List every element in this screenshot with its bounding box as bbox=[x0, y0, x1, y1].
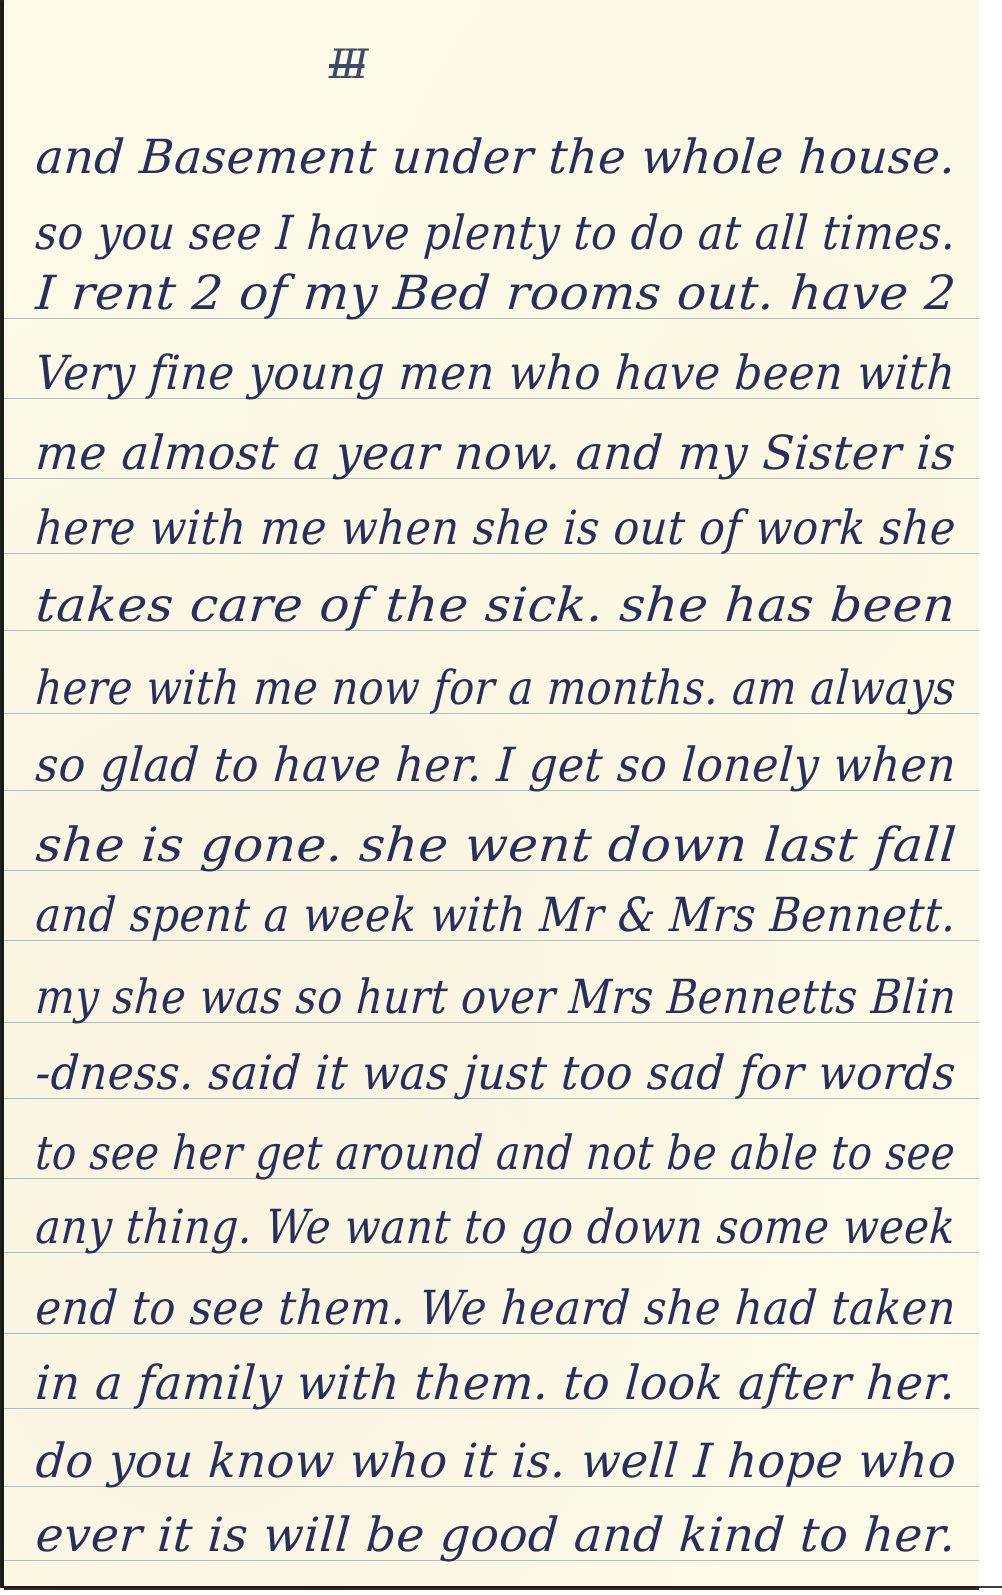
letter-line: she is gone. she went down last fall bbox=[34, 818, 959, 873]
letter-line: any thing. We want to go down some week bbox=[34, 1200, 957, 1255]
letter-line: my she was so hurt over Mrs Bennetts Bli… bbox=[34, 970, 958, 1025]
letter-line: end to see them. We heard she had taken bbox=[34, 1281, 958, 1336]
letter-line: so you see I have plenty to do at all ti… bbox=[34, 206, 957, 261]
letter-line: here with me when she is out of work she bbox=[34, 501, 958, 556]
letter-line: and Basement under the whole house. bbox=[34, 130, 958, 185]
letter-line: here with me now for a months. am always bbox=[34, 661, 957, 716]
page-number: III bbox=[329, 42, 364, 88]
letter-line: Very fine young men who have been with bbox=[34, 346, 957, 401]
letter-line: ever it is will be good and kind to her. bbox=[34, 1508, 958, 1563]
letter-line: -dness. said it was just too sad for wor… bbox=[34, 1046, 957, 1101]
letter-line: so glad to have her. I get so lonely whe… bbox=[34, 738, 958, 793]
scan-bottom-edge bbox=[0, 1586, 1002, 1595]
letter-page: III and Basement under the whole house. … bbox=[4, 0, 979, 1586]
letter-line: me almost a year now. and my Sister is bbox=[34, 426, 957, 481]
letter-line: do you know who it is. well I hope who bbox=[34, 1434, 958, 1489]
letter-line: in a family with them. to look after her… bbox=[34, 1356, 957, 1411]
letter-line: takes care of the sick. she has been bbox=[34, 578, 958, 633]
letter-line: I rent 2 of my Bed rooms out. have 2 bbox=[34, 266, 958, 321]
letter-line: to see her get around and not be able to… bbox=[34, 1126, 957, 1181]
letter-line: and spent a week with Mr & Mrs Bennett. bbox=[34, 888, 958, 943]
